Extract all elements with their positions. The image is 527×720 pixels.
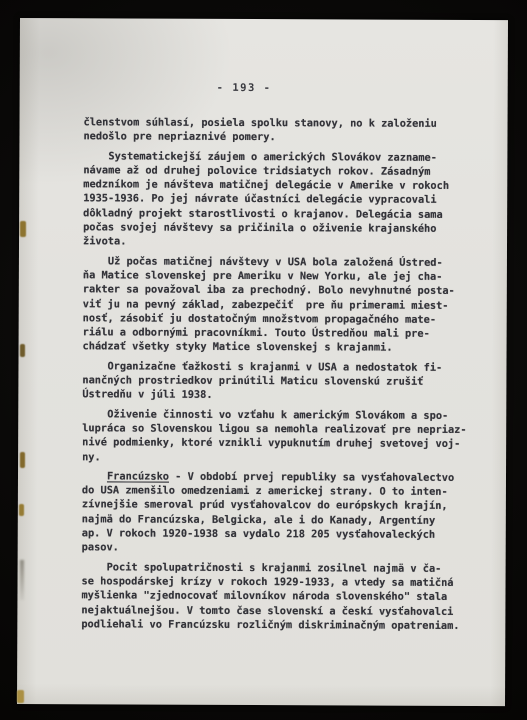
text-line: Systematickejší záujem o amerických Slov… bbox=[83, 149, 483, 165]
text-line: nivé podmienky, ktoré vznikli vypuknutím… bbox=[82, 436, 482, 452]
paragraph: Francúzsko - V období prvej republiky sa… bbox=[82, 469, 482, 557]
paragraph: Oživenie činnosti vo vzťahu k americkým … bbox=[82, 407, 482, 466]
page-number: - 193 - bbox=[217, 82, 272, 94]
binding-mark bbox=[17, 690, 24, 703]
page-edge-smudge bbox=[20, 560, 24, 600]
document-page: - 193 - členstvom súhlasí, posiela spolk… bbox=[17, 18, 508, 706]
text-line: zívnejšie smeroval prúd vysťahovalcov do… bbox=[82, 498, 482, 514]
paragraph: Už počas matičnej návštevy v USA bola za… bbox=[83, 254, 483, 356]
text-line: rakter sa považoval iba za prechodný. Bo… bbox=[83, 283, 483, 299]
binding-mark bbox=[20, 221, 26, 237]
text-line: ap. V rokoch 1920-1938 sa vydalo 218 205… bbox=[82, 526, 482, 542]
scan-background: - 193 - členstvom súhlasí, posiela spolk… bbox=[0, 0, 527, 720]
paragraph: Systematickejší záujem o amerických Slov… bbox=[83, 149, 483, 251]
binding-mark bbox=[20, 452, 25, 468]
text-line: pasov. bbox=[82, 541, 482, 557]
text-line: nedošlo pre nepriaznivé pomery. bbox=[83, 130, 483, 146]
binding-mark bbox=[20, 344, 25, 357]
text-line: viť ju na pevný základ, zabezpečiť pre ň… bbox=[83, 297, 483, 313]
text-line: podliehali vo Francúzsku rozličným diskr… bbox=[81, 617, 481, 633]
text-line: Ústredňu v júli 1938. bbox=[82, 388, 482, 404]
binding-mark bbox=[19, 504, 24, 516]
paragraph: Organizačne ťažkosti s krajanmi v USA a … bbox=[82, 359, 482, 404]
text-line: myšlienka "zjednocovať milovníkov národa… bbox=[81, 588, 481, 604]
paragraph: členstvom súhlasí, posiela spolku stanov… bbox=[83, 115, 483, 145]
text-line: života. bbox=[83, 235, 483, 251]
text-line: Pocit spolupatričnosti s krajanmi zosiln… bbox=[82, 560, 482, 576]
page-text: členstvom súhlasí, posiela spolku stanov… bbox=[81, 115, 483, 633]
text-line: počas svojej návštevy sa pričinila o oži… bbox=[83, 220, 483, 236]
text-line: 1935-1936. Po jej návrate účastníci dele… bbox=[83, 192, 483, 208]
text-line: nejaktuálnejšou. V tomto čase slovenskí … bbox=[81, 603, 481, 619]
text-line: ny. bbox=[82, 450, 482, 466]
text-line: chádzať všetky styky Matice slovenskej s… bbox=[83, 340, 483, 356]
paragraph: Pocit spolupatričnosti s krajanmi zosiln… bbox=[81, 560, 481, 633]
underlined-heading: Francúzsko bbox=[107, 470, 169, 482]
